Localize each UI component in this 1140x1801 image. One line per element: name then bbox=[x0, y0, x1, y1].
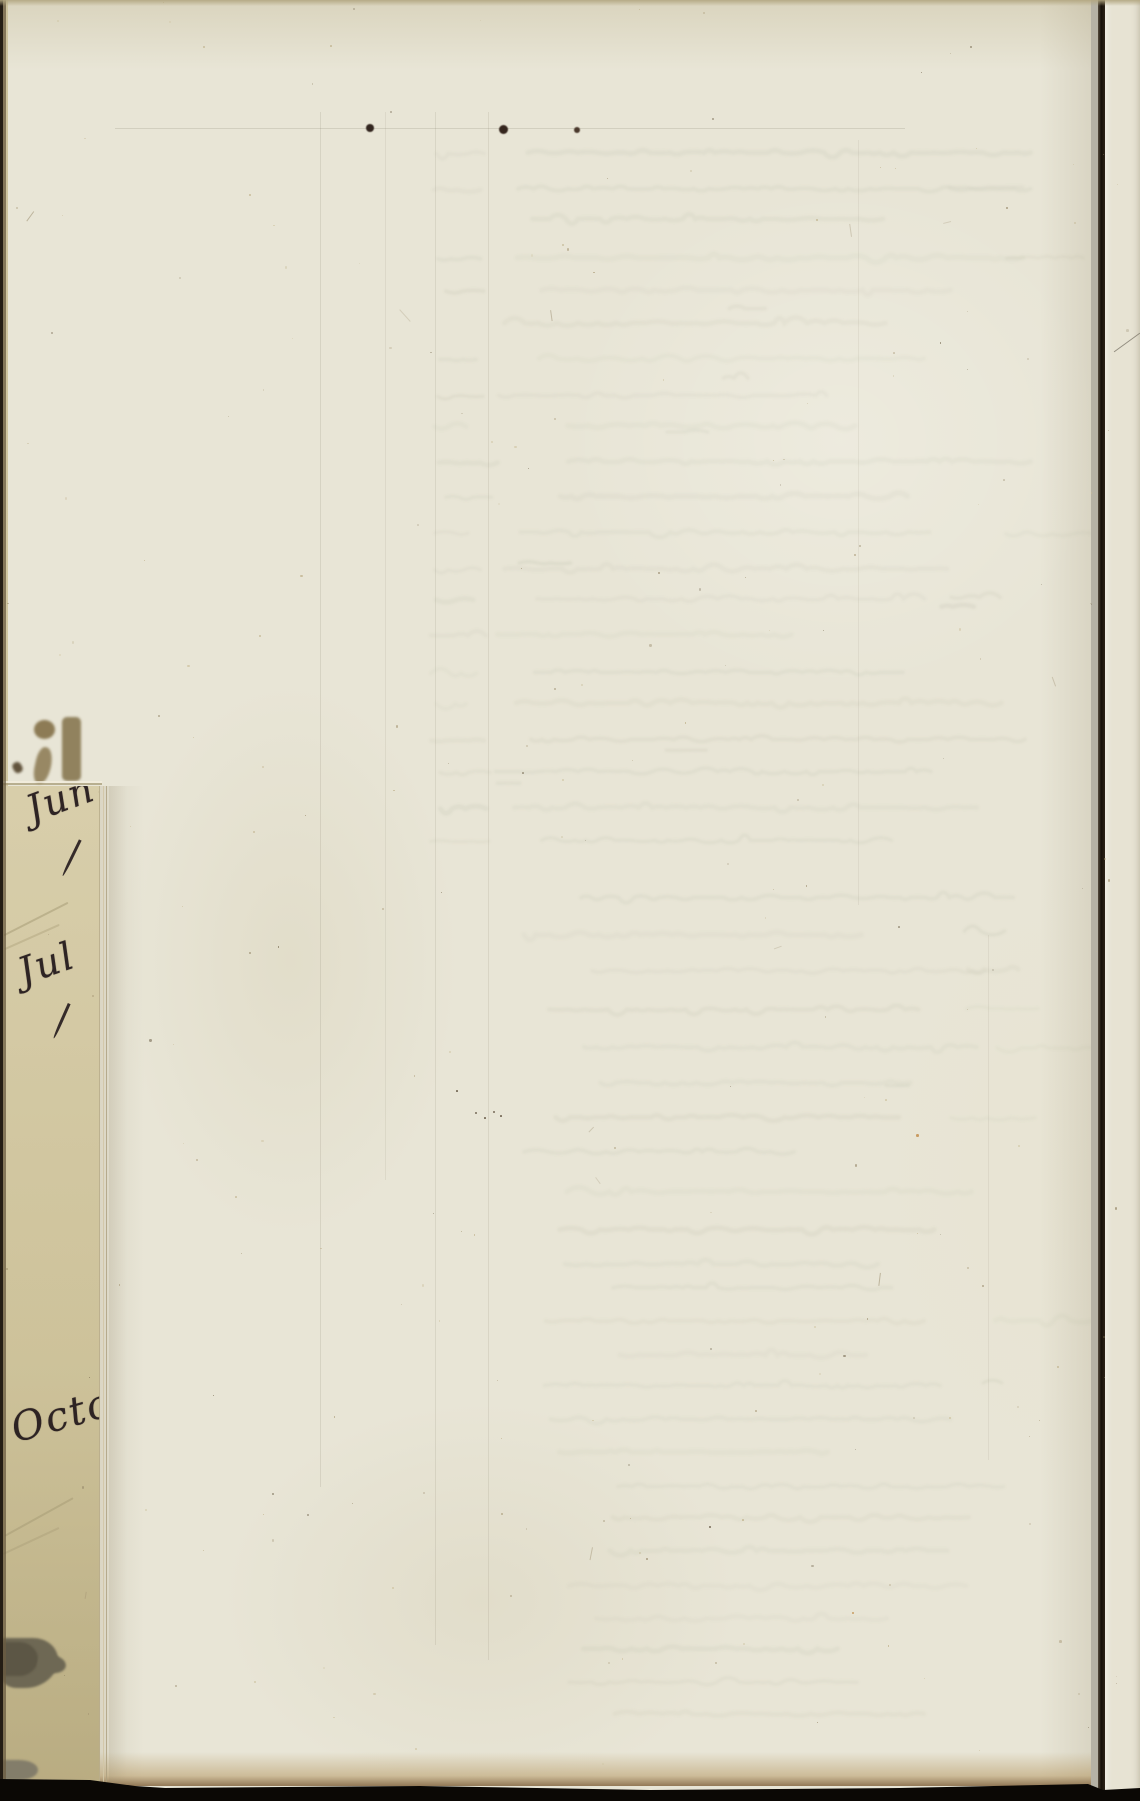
paper-speck bbox=[562, 779, 564, 781]
paper-speck bbox=[263, 389, 265, 391]
paper-fiber bbox=[85, 1591, 87, 1598]
paper-speck bbox=[773, 460, 774, 461]
paper-speck bbox=[685, 722, 687, 724]
paper-speck bbox=[312, 83, 314, 85]
paper-speck bbox=[263, 1514, 264, 1515]
paper-speck bbox=[593, 272, 594, 273]
paper-speck bbox=[978, 504, 979, 505]
paper-speck bbox=[389, 347, 392, 350]
paper-speck bbox=[709, 1526, 711, 1528]
paper-speck bbox=[531, 254, 533, 256]
paper-speck bbox=[967, 369, 969, 371]
paper-speck bbox=[1017, 1406, 1019, 1408]
paper-speck bbox=[461, 413, 463, 415]
paper-speck bbox=[510, 1595, 512, 1597]
paper-speck bbox=[1103, 154, 1104, 155]
paper-speck bbox=[449, 1051, 451, 1053]
paper-speck bbox=[819, 1373, 821, 1375]
paper-speck bbox=[175, 1685, 177, 1687]
paper-speck bbox=[396, 725, 398, 727]
paper-fiber bbox=[943, 221, 951, 224]
paper-speck bbox=[603, 1520, 605, 1522]
paper-speck bbox=[526, 745, 528, 747]
paper-speck bbox=[1088, 1727, 1089, 1728]
paper-speck bbox=[491, 441, 493, 443]
paper-speck bbox=[88, 1713, 89, 1714]
paper-speck bbox=[62, 215, 63, 216]
paper-speck bbox=[6, 1268, 8, 1270]
paper-speck bbox=[628, 1464, 630, 1466]
paper-speck bbox=[249, 952, 251, 954]
paper-speck bbox=[1091, 492, 1093, 494]
paper-speck bbox=[448, 763, 449, 764]
paper-fiber bbox=[850, 224, 853, 237]
paper-speck bbox=[173, 1044, 174, 1045]
paper-speck bbox=[630, 1518, 631, 1519]
paper-speck bbox=[292, 338, 293, 339]
paper-speck bbox=[1018, 1145, 1020, 1147]
paper-speck bbox=[562, 244, 564, 246]
paper-speck bbox=[27, 443, 28, 444]
paper-speck bbox=[554, 688, 556, 690]
paper-speck bbox=[57, 20, 59, 22]
paper-speck bbox=[422, 1284, 424, 1286]
paper-speck bbox=[949, 1417, 950, 1418]
paper-speck bbox=[254, 1681, 256, 1683]
paper-speck bbox=[64, 1675, 65, 1676]
paper-speck bbox=[950, 53, 951, 54]
paper-speckles bbox=[0, 0, 1140, 1801]
paper-speck bbox=[663, 379, 664, 380]
binding-edge-inner bbox=[3, 0, 6, 1801]
paper-speck bbox=[967, 1267, 969, 1269]
paper-speck bbox=[480, 20, 482, 22]
paper-speck bbox=[145, 1509, 147, 1511]
paper-speck bbox=[817, 1722, 818, 1723]
paper-speck bbox=[228, 416, 229, 417]
paper-speck bbox=[924, 1678, 925, 1679]
paper-speck bbox=[390, 111, 392, 113]
paper-speck bbox=[500, 1115, 502, 1117]
paper-speck bbox=[259, 635, 262, 638]
paper-speck bbox=[1104, 1377, 1106, 1379]
paper-speck bbox=[169, 21, 171, 23]
paper-speck bbox=[1126, 329, 1129, 332]
paper-speck bbox=[253, 831, 255, 833]
paper-speck bbox=[703, 12, 705, 14]
paper-speck bbox=[967, 1009, 968, 1010]
paper-speck bbox=[415, 1748, 417, 1750]
paper-speck bbox=[92, 995, 94, 997]
paper-speck bbox=[780, 484, 781, 485]
paper-speck bbox=[59, 654, 61, 656]
paper-speck bbox=[889, 1584, 891, 1586]
paper-speck bbox=[1039, 1420, 1041, 1422]
paper-speck bbox=[456, 1090, 458, 1092]
paper-speck bbox=[373, 1693, 375, 1695]
paper-speck bbox=[940, 1234, 941, 1235]
paper-speck bbox=[144, 560, 145, 561]
paper-speck bbox=[855, 1164, 858, 1167]
paper-speck bbox=[710, 1212, 712, 1214]
paper-speck bbox=[1057, 1366, 1059, 1368]
paper-speck bbox=[334, 1416, 335, 1417]
paper-speck bbox=[765, 917, 766, 918]
paper-speck bbox=[423, 1492, 425, 1494]
paper-speck bbox=[497, 1380, 498, 1381]
paper-speck bbox=[608, 1662, 610, 1664]
paper-speck bbox=[893, 375, 895, 377]
paper-speck bbox=[823, 630, 824, 631]
paper-speck bbox=[852, 1612, 854, 1614]
paper-speck bbox=[1027, 358, 1029, 360]
paper-speck bbox=[916, 1134, 919, 1137]
paper-speck bbox=[323, 1667, 325, 1669]
paper-speck bbox=[433, 1213, 435, 1215]
paper-speck bbox=[940, 342, 942, 344]
paper-speck bbox=[854, 554, 856, 556]
paper-speck bbox=[262, 766, 264, 768]
paper-speck bbox=[1115, 1207, 1118, 1210]
paper-speck bbox=[561, 836, 563, 838]
paper-speck bbox=[272, 1493, 274, 1495]
paper-speck bbox=[72, 641, 74, 643]
paper-speck bbox=[864, 1097, 865, 1098]
paper-speck bbox=[498, 503, 500, 505]
paper-speck bbox=[1104, 858, 1106, 860]
paper-speck bbox=[976, 148, 977, 149]
paper-speck bbox=[730, 1086, 731, 1087]
paper-speck bbox=[970, 46, 972, 48]
paper-speck bbox=[16, 207, 18, 209]
paper-speck bbox=[917, 1233, 918, 1234]
paper-speck bbox=[441, 892, 442, 893]
paper-speck bbox=[414, 1075, 415, 1076]
paper-speck bbox=[522, 772, 524, 774]
paper-speck bbox=[807, 403, 808, 404]
paper-speck bbox=[196, 1159, 197, 1160]
paper-speck bbox=[493, 1111, 495, 1113]
paper-speck bbox=[182, 906, 183, 907]
paper-speck bbox=[959, 628, 961, 630]
paper-fiber bbox=[879, 1273, 882, 1286]
paper-speck bbox=[307, 1514, 309, 1516]
paper-speck bbox=[1029, 1436, 1030, 1437]
paper-speck bbox=[769, 630, 770, 631]
paper-speck bbox=[898, 926, 900, 928]
paper-speck bbox=[567, 248, 569, 250]
paper-speck bbox=[1073, 164, 1075, 166]
paper-speck bbox=[285, 266, 288, 269]
paper-speck bbox=[82, 1486, 84, 1488]
paper-speck bbox=[261, 1140, 264, 1143]
paper-speck bbox=[130, 826, 131, 827]
paper-speck bbox=[895, 168, 896, 169]
paper-speck bbox=[639, 1552, 641, 1554]
paper-speck bbox=[1108, 879, 1111, 882]
paper-speck bbox=[382, 908, 384, 910]
paper-speck bbox=[9, 1394, 10, 1395]
paper-speck bbox=[1090, 603, 1092, 605]
paper-speck bbox=[646, 1558, 648, 1560]
paper-speck bbox=[521, 568, 522, 569]
paper-speck bbox=[712, 118, 714, 120]
paper-speck bbox=[592, 1420, 594, 1422]
paper-speck bbox=[632, 760, 633, 761]
paper-speck bbox=[213, 1395, 214, 1396]
paper-speck bbox=[84, 138, 85, 139]
paper-speck bbox=[89, 1377, 90, 1378]
paper-speck bbox=[528, 468, 529, 469]
paper-speck bbox=[1029, 1523, 1031, 1525]
paper-speck bbox=[461, 1231, 462, 1232]
paper-speck bbox=[119, 1284, 120, 1285]
paper-speck bbox=[699, 588, 701, 590]
paper-speck bbox=[305, 815, 306, 816]
paper-speck bbox=[1003, 479, 1005, 481]
paper-speck bbox=[514, 446, 516, 448]
paper-speck bbox=[1096, 951, 1097, 952]
paper-speck bbox=[1108, 430, 1109, 431]
paper-fiber bbox=[589, 1126, 594, 1132]
paper-fiber bbox=[27, 212, 35, 223]
paper-speck bbox=[745, 577, 746, 578]
paper-speck bbox=[859, 545, 861, 547]
paper-speck bbox=[816, 219, 818, 221]
paper-speck bbox=[727, 863, 729, 865]
paper-speck bbox=[607, 178, 609, 180]
paper-fiber bbox=[595, 1177, 600, 1184]
paper-speck bbox=[690, 170, 692, 172]
paper-speck bbox=[880, 167, 881, 168]
paper-speck bbox=[187, 665, 190, 668]
paper-speck bbox=[921, 72, 922, 73]
paper-speck bbox=[98, 791, 99, 792]
paper-speck bbox=[149, 1039, 151, 1041]
paper-speck bbox=[806, 885, 807, 886]
paper-speck bbox=[797, 799, 799, 801]
paper-speck bbox=[48, 934, 49, 935]
paper-speck bbox=[888, 1645, 889, 1646]
paper-speck bbox=[773, 889, 774, 890]
page-top-edge bbox=[0, 0, 1140, 6]
paper-speck bbox=[710, 1348, 712, 1350]
paper-speck bbox=[843, 1355, 846, 1358]
paper-speck bbox=[825, 1016, 827, 1018]
paper-speck bbox=[585, 840, 586, 841]
paper-speck bbox=[439, 1320, 441, 1322]
paper-speck bbox=[7, 603, 8, 604]
paper-speck bbox=[822, 784, 824, 786]
paper-speck bbox=[893, 352, 895, 354]
paper-speck bbox=[417, 524, 419, 526]
paper-speck bbox=[867, 1318, 869, 1320]
paper-speck bbox=[967, 311, 968, 312]
paper-speck bbox=[1041, 584, 1042, 585]
paper-speck bbox=[913, 1417, 916, 1420]
paper-speck bbox=[179, 277, 181, 279]
paper-speck bbox=[982, 1285, 984, 1287]
paper-speck bbox=[273, 225, 275, 227]
paper-fiber bbox=[589, 1547, 592, 1560]
paper-fiber bbox=[550, 311, 552, 322]
paper-speck bbox=[474, 1234, 476, 1236]
paper-speck bbox=[183, 1143, 184, 1144]
paper-speck bbox=[755, 1410, 757, 1412]
paper-fiber bbox=[774, 946, 782, 950]
paper-speck bbox=[658, 572, 660, 574]
paper-speck bbox=[1091, 604, 1092, 605]
paper-speck bbox=[743, 1643, 745, 1645]
paper-speck bbox=[1082, 888, 1083, 889]
paper-speck bbox=[392, 1587, 394, 1589]
paper-speck bbox=[1103, 1336, 1105, 1338]
paper-speck bbox=[65, 497, 68, 500]
paper-speck bbox=[980, 658, 982, 660]
paper-speck bbox=[359, 263, 360, 264]
paper-speck bbox=[814, 1326, 816, 1328]
paper-speck bbox=[742, 1519, 744, 1521]
paper-fiber bbox=[399, 310, 410, 322]
paper-speck bbox=[1059, 1640, 1062, 1643]
paper-speck bbox=[1117, 184, 1118, 185]
paper-speck bbox=[158, 715, 160, 717]
paper-speck bbox=[885, 1099, 887, 1101]
paper-speck bbox=[352, 1503, 354, 1505]
paper-speck bbox=[272, 1539, 275, 1542]
paper-speck bbox=[992, 969, 994, 971]
paper-speck bbox=[614, 1147, 616, 1149]
paper-speck bbox=[581, 684, 583, 686]
paper-speck bbox=[501, 1513, 503, 1515]
paper-speck bbox=[330, 45, 332, 47]
paper-speck bbox=[1116, 1676, 1117, 1677]
paper-speck bbox=[353, 8, 355, 10]
paper-speck bbox=[203, 46, 205, 48]
paper-fiber bbox=[1051, 677, 1055, 686]
paper-speck bbox=[725, 665, 726, 666]
paper-speck bbox=[430, 352, 431, 353]
paper-speck bbox=[393, 790, 395, 792]
paper-speck bbox=[475, 1112, 477, 1114]
paper-speck bbox=[649, 644, 651, 646]
paper-speck bbox=[715, 1662, 717, 1664]
paper-speck bbox=[1006, 207, 1008, 209]
paper-speck bbox=[811, 1565, 814, 1568]
paper-speck bbox=[979, 1750, 980, 1751]
paper-speck bbox=[484, 1117, 486, 1119]
paper-speck bbox=[203, 1550, 204, 1551]
paper-speck bbox=[278, 946, 279, 947]
paper-speck bbox=[401, 1304, 402, 1305]
paper-speck bbox=[91, 1401, 92, 1402]
paper-speck bbox=[639, 9, 640, 10]
paper-speck bbox=[783, 459, 785, 461]
paper-speck bbox=[320, 1248, 321, 1249]
paper-speck bbox=[602, 1763, 604, 1765]
paper-speck bbox=[51, 332, 54, 335]
paper-speck bbox=[333, 1717, 335, 1719]
paper-speck bbox=[1074, 222, 1076, 224]
paper-speck bbox=[1078, 1693, 1080, 1695]
paper-speck bbox=[501, 1438, 502, 1439]
paper-speck bbox=[193, 737, 194, 738]
scanned-ledger-photo: Jun Jul Octo bbox=[0, 0, 1140, 1801]
paper-speck bbox=[1116, 1683, 1117, 1684]
paper-speck bbox=[249, 194, 250, 195]
paper-speck bbox=[554, 418, 556, 420]
paper-speck bbox=[235, 1196, 237, 1198]
paper-speck bbox=[622, 1658, 624, 1660]
paper-speck bbox=[943, 758, 945, 760]
paper-speck bbox=[526, 1528, 528, 1530]
paper-speck bbox=[300, 575, 302, 577]
paper-speck bbox=[241, 1253, 242, 1254]
paper-speck bbox=[855, 1449, 857, 1451]
